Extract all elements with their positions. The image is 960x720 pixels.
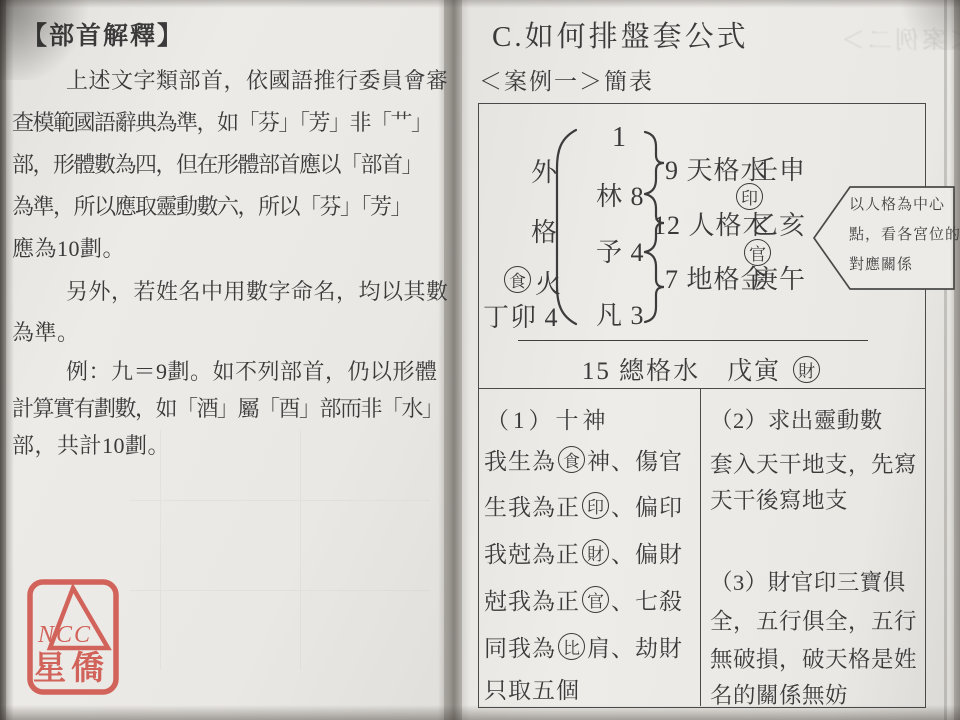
cell2-line: 天干後寫地支 (710, 483, 848, 515)
cell1-line: 生我為正印、偏印 (484, 489, 683, 522)
text-line: 部，形體數為四，但在形體部首應以「部首」 (12, 148, 422, 179)
cell2-line: 套入天干地支，先寫 (710, 447, 917, 479)
line-pre: 我尅為正 (484, 536, 580, 569)
cell1-line: 我尅為正財、偏財 (484, 536, 683, 569)
bleedthrough-text: ＜案例二＞ (838, 20, 960, 55)
name-stroke-item: 林 8 (596, 176, 645, 213)
text-line: 查模範國語辭典為準，如「芬」「芳」非「艹」 (12, 106, 432, 137)
page-title: C.如何排盤套公式 (492, 14, 749, 55)
callout-bubble: 以人格為中心 點，看各宮位的 對應關係 (808, 183, 956, 293)
text-line: 上述文字類部首，依國語推行委員會審 (66, 64, 449, 95)
text-line: 為準，所以應取靈動數六，所以「芬」「芳」 (12, 190, 411, 221)
brace-earth-icon (645, 252, 664, 322)
ten-god-badge: 財 (582, 539, 609, 566)
text-line: 應為10劃。 (12, 232, 125, 263)
text-line: 例：九＝9劃。如不列部首，仍以形體 (66, 355, 438, 386)
line-pre: 生我為正 (484, 489, 580, 522)
cells-top-border (478, 388, 925, 389)
text-line: 為準。 (12, 316, 80, 347)
ncc-stamp: NCC 星僑 (26, 578, 120, 696)
name-stroke-item: 予 4 (596, 232, 645, 269)
cell2-line: （2）求出靈動數 (710, 403, 883, 435)
outer-grid-element: 火 (535, 264, 562, 301)
total-grid-text: 15 總格水 戊寅 (582, 351, 781, 387)
page-edge (944, 0, 947, 720)
cell1-line: 我生為食神、傷官 (484, 443, 683, 476)
cell1-footer: 只取五個 (484, 672, 580, 705)
outer-grid-value: 丁卯 4 (483, 297, 559, 334)
total-grid-row: 15 總格水 戊寅 財 (478, 351, 924, 387)
line-pre: 尅我為正 (484, 583, 580, 616)
text-line: 部，共計10劃。 (12, 429, 170, 460)
callout-line: 點，看各宮位的 (849, 223, 960, 244)
line-suf: 肩、劫財 (587, 630, 683, 663)
ten-god-badge: 食 (558, 446, 585, 473)
base-number: 1 (612, 122, 627, 154)
brace-heaven-icon (645, 132, 664, 194)
total-separator (518, 340, 868, 341)
cell1-line: 尅我為正官、七殺 (484, 583, 683, 616)
cell1-line: 同我為比肩、劫財 (484, 630, 683, 663)
callout-line: 以人格為中心 (849, 193, 945, 214)
name-stroke-item: 凡 3 (596, 295, 645, 332)
line-suf: 、七殺 (611, 583, 683, 616)
line-pre: 我生為 (484, 443, 556, 476)
line-suf: 、偏財 (611, 536, 683, 569)
ten-god-badge: 比 (558, 633, 585, 660)
text-line: 另外，若姓名中用數字命名，均以其數 (66, 275, 449, 306)
book-photo: ＜案例二＞ 【部首解釋】 上述文字類部首，依國語推行委員會審 查模範國語辭典為準… (0, 0, 960, 720)
line-pre: 同我為 (484, 630, 556, 663)
ten-god-badge: 印 (582, 492, 609, 519)
grid-pillar-heaven: 壬申 (752, 150, 806, 187)
line-suf: 神、傷官 (587, 443, 683, 476)
book-spine (438, 0, 470, 720)
grid-pillar-person: 乙亥 (752, 205, 806, 242)
grid-pillar-earth: 庚午 (752, 259, 806, 296)
section-heading: 【部首解釋】 (22, 16, 184, 52)
cells-divider (700, 389, 701, 706)
cell2-line: 名的關係無妨 (710, 678, 848, 710)
text-line: 計算實有劃數，如「酒」屬「酉」部而非「水」 (12, 392, 443, 423)
line-suf: 、偏印 (611, 489, 683, 522)
outer-grid-label-bottom: 格 (531, 212, 558, 249)
cell2-line: 全，五行俱全，五行 (710, 604, 917, 636)
ten-god-badge-outer: 食 (504, 266, 531, 293)
cell2-line: （3）財官印三寶俱 (710, 565, 906, 597)
outer-grid-label-top: 外 (531, 152, 558, 189)
stamp-text-name: 星僑 (33, 650, 109, 687)
stamp-text-abbr: NCC (37, 622, 92, 648)
cell1-title: （1）十神 (486, 402, 610, 435)
callout-line: 對應關係 (849, 253, 913, 274)
ten-god-badge-total: 財 (793, 356, 820, 383)
case-subtitle: ＜案例一＞簡表 (479, 63, 654, 96)
cell2-line: 無破損，破天格是姓 (710, 642, 917, 674)
ten-god-badge: 官 (582, 586, 609, 613)
